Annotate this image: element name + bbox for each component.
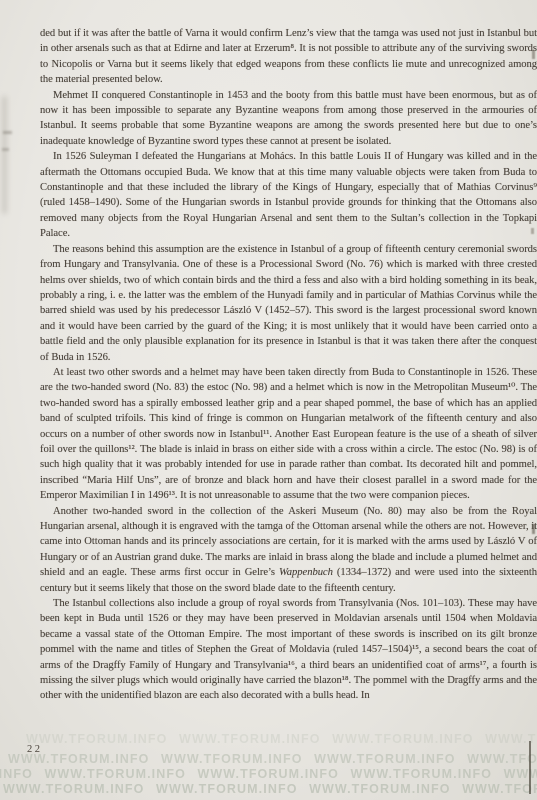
watermark: WWW.TFORUM.INFO WWW.TFORUM.INFO WWW.TFOR… [0, 731, 537, 800]
text-run: The Istanbul collections also include a … [40, 598, 537, 701]
watermark-row: WWW.TFORUM.INFO WWW.TFORUM.INFO WWW.TFOR… [26, 732, 537, 746]
scan-dash-artifact [3, 131, 12, 134]
text-run: Mehmet II conquered Constantinople in 14… [40, 90, 537, 147]
paragraph: Another two-handed sword in the collecti… [40, 504, 537, 596]
text-run: In 1526 Suleyman I defeated the Hungaria… [40, 151, 537, 239]
paragraph: The Istanbul collections also include a … [40, 596, 537, 704]
paragraph: ded but if it was after the battle of Va… [40, 26, 537, 88]
paragraph: In 1526 Suleyman I defeated the Hungaria… [40, 149, 537, 241]
watermark-row: TFORUM.INFO WWW.TFORUM.INFO WWW.TFORUM.I… [0, 767, 537, 781]
paragraph: The reasons behind this assumption are t… [40, 242, 537, 365]
paragraph: At least two other swords and a helmet m… [40, 365, 537, 504]
text-block: ded but if it was after the battle of Va… [40, 26, 537, 704]
text-run: ded but if it was after the battle of Va… [40, 28, 537, 85]
watermark-row: WWW.TFORUM.INFO WWW.TFORUM.INFO WWW.TFOR… [8, 752, 537, 766]
scanned-page: ded but if it was after the battle of Va… [0, 0, 537, 800]
text-run: The reasons behind this assumption are t… [40, 244, 537, 363]
scan-smudge-artifact [2, 96, 7, 214]
scan-dash-artifact [2, 148, 9, 151]
text-run: At least two other swords and a helmet m… [40, 367, 537, 501]
scan-edge-line-artifact [529, 741, 531, 794]
italic-text-run: Wappenbuch [279, 567, 333, 578]
paragraph: Mehmet II conquered Constantinople in 14… [40, 88, 537, 150]
page-number: 22 [27, 744, 43, 755]
watermark-row: WWW.TFORUM.INFO WWW.TFORUM.INFO WWW.TFOR… [3, 782, 537, 796]
